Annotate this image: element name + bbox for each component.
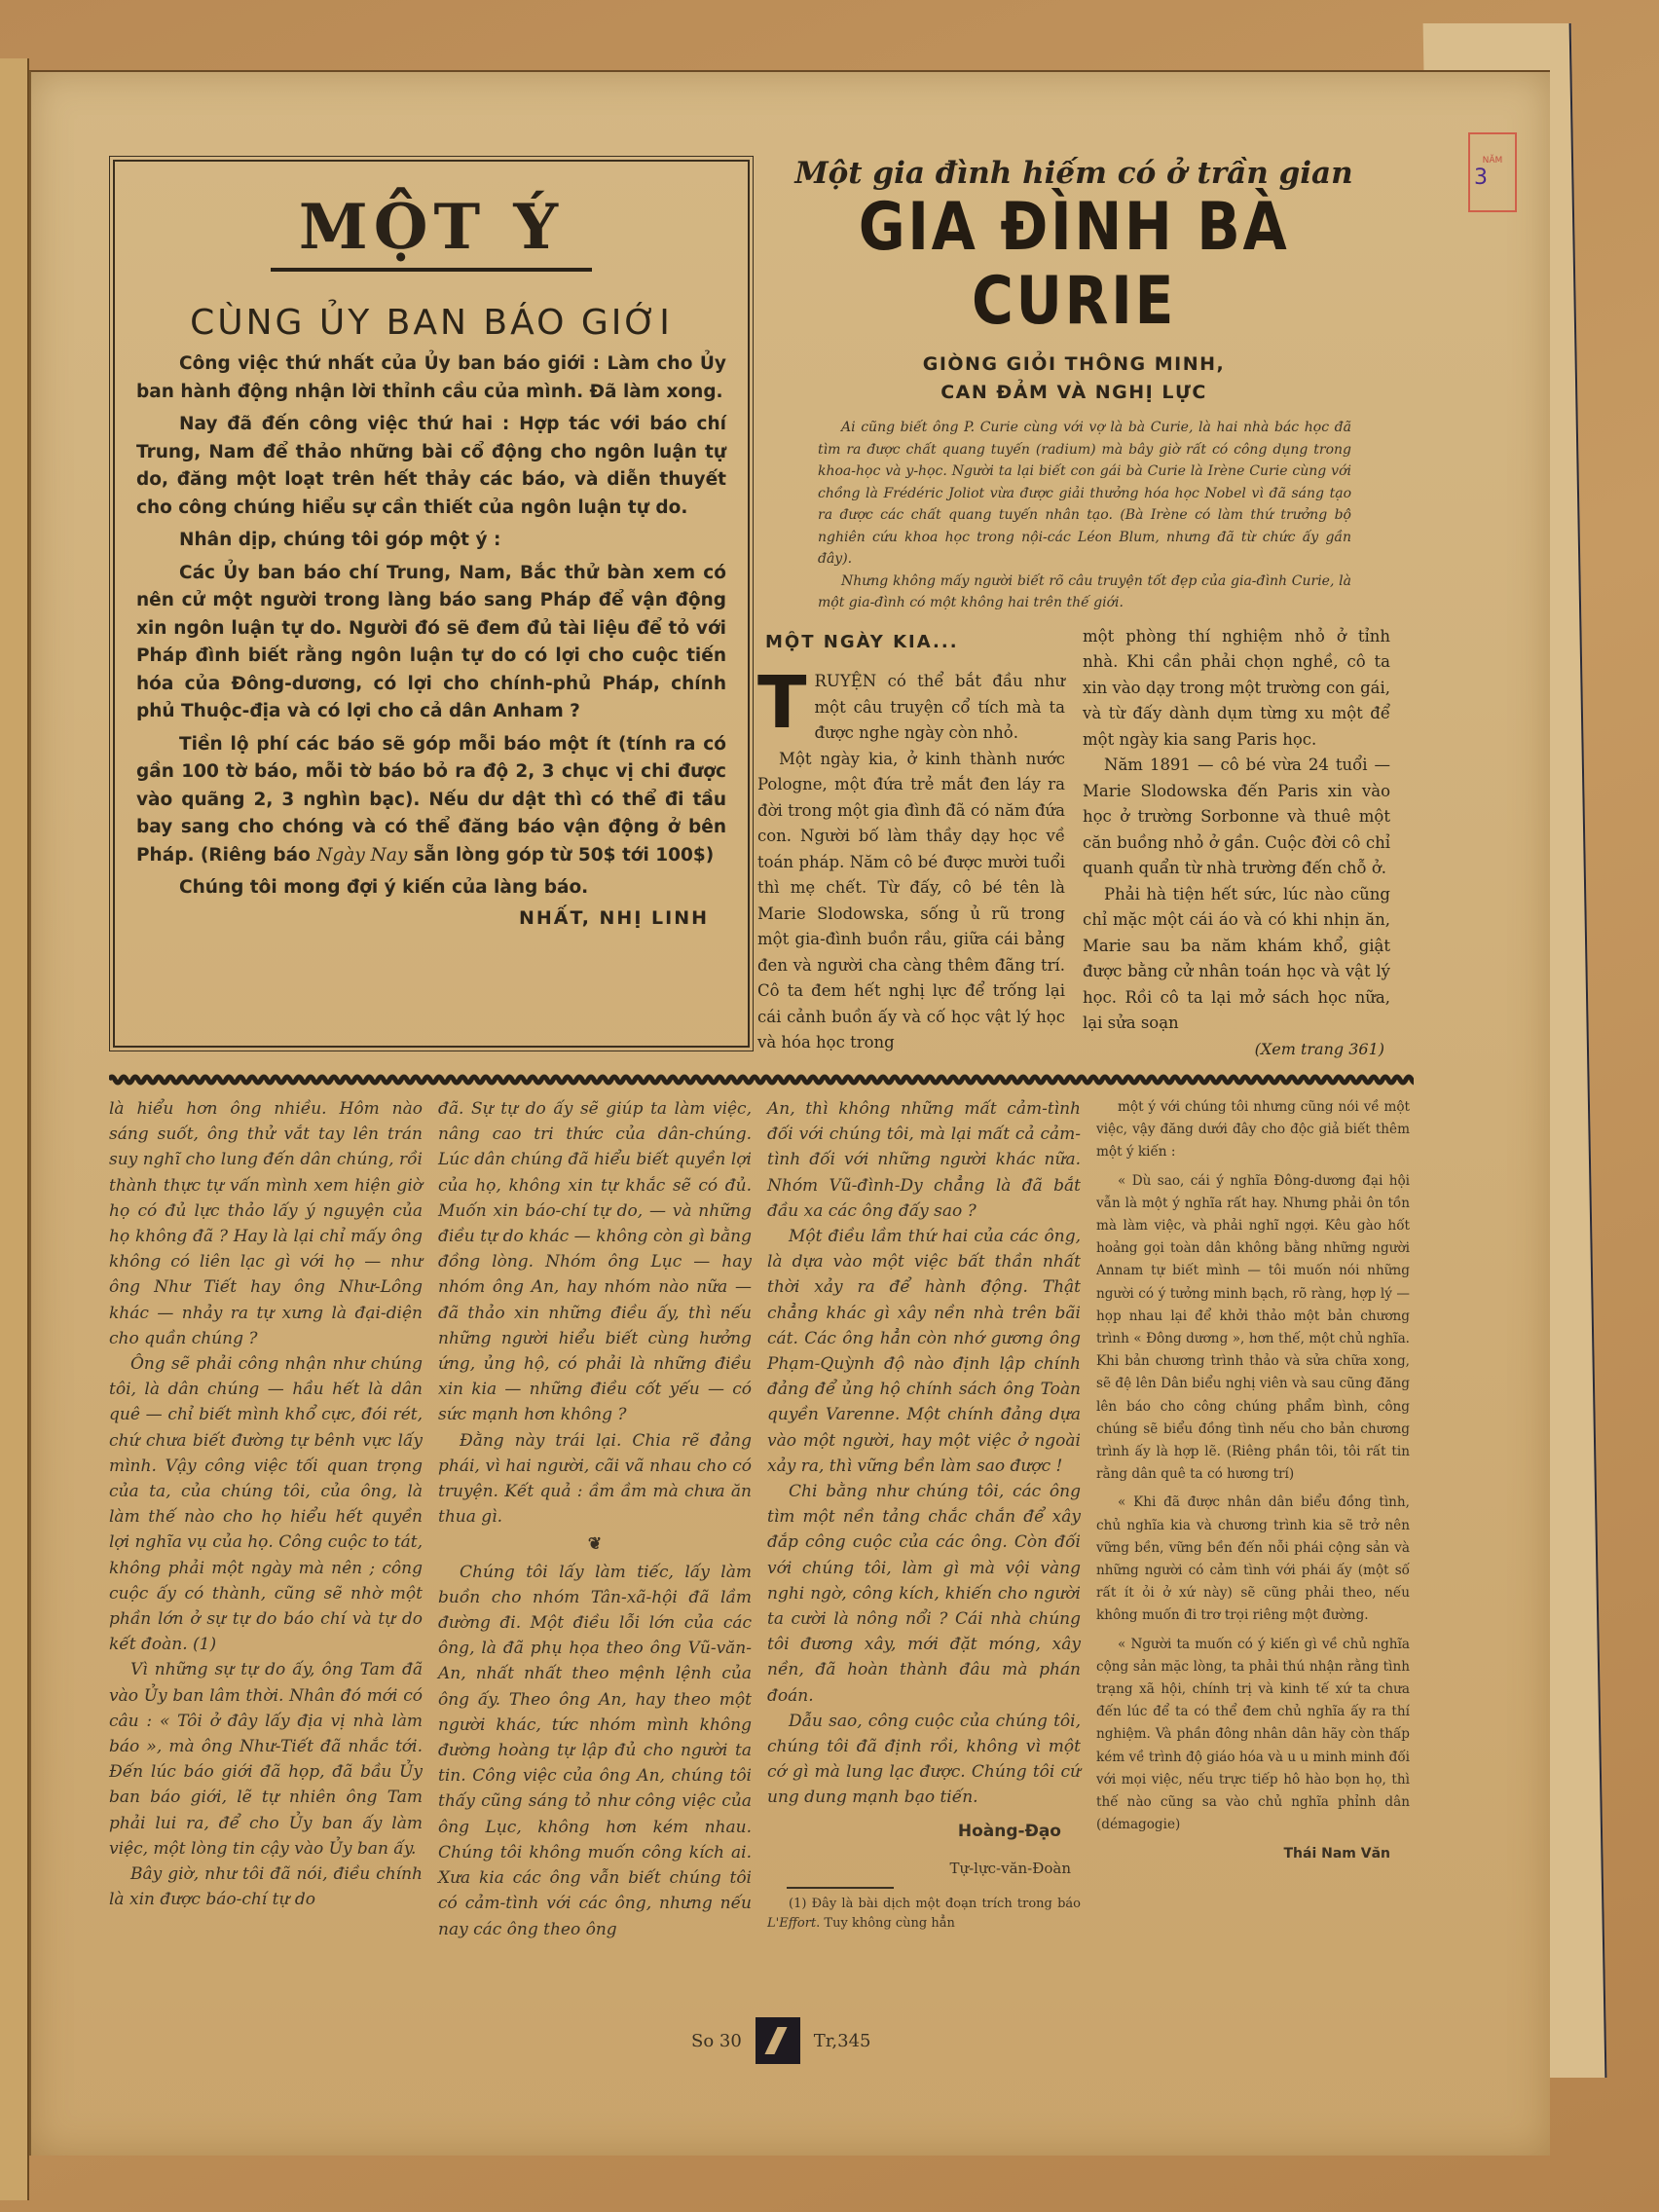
box-subtitle: CÙNG ỦY BAN BÁO GIỚI <box>115 303 748 343</box>
section-heading: MỘT NGÀY KIA... <box>765 630 1065 656</box>
drop-cap: T <box>757 671 806 735</box>
paragraph: Nay đã đến công việc thứ hai : Hợp tác v… <box>136 411 726 522</box>
newspaper-name: Ngày Nay <box>316 845 407 866</box>
issue-number: So 30 <box>691 2031 742 2051</box>
bottom-column-1: là hiểu hơn ông nhiều. Hôm nào sáng suốt… <box>109 1096 423 1942</box>
curie-article: Một gia đình hiếm có ở trần gian GIA ĐÌN… <box>757 156 1390 1062</box>
footnote-rule <box>787 1887 894 1889</box>
box-body: Công việc thứ nhất của Ủy ban báo giới :… <box>115 343 748 903</box>
bottom-column-2: đã. Sự tự do ấy sẽ giúp ta làm việc, nân… <box>438 1096 752 1942</box>
box-title: MỘT Ý <box>115 191 748 264</box>
paragraph: Công việc thứ nhất của Ủy ban báo giới :… <box>136 350 726 406</box>
article-deck: GIÒNG GIỎI THÔNG MINH, CAN ĐẢM VÀ NGHỊ L… <box>757 350 1390 407</box>
article-kicker: Một gia đình hiếm có ở trần gian <box>757 156 1390 191</box>
quote-author: Thái Nam Văn <box>1096 1843 1390 1865</box>
paragraph: Chúng tôi mong đợi ý kiến của làng báo. <box>136 874 726 903</box>
article-intro: Ai cũng biết ông P. Curie cùng với vợ là… <box>757 407 1390 614</box>
bottom-column-3: An, thì không những mất cảm-tình đối với… <box>767 1096 1081 1942</box>
author-organization: Tự-lực-văn-Đoàn <box>767 1856 1071 1881</box>
paragraph: Nhân dịp, chúng tôi góp một ý : <box>136 527 726 555</box>
book-spine-edge <box>0 58 29 2200</box>
stamp-label: NĂM <box>1470 156 1515 166</box>
ngay-nay-logo-icon <box>756 2017 800 2064</box>
footnote: (1) Đây là bài dịch một đoạn trích trong… <box>767 1895 1081 1934</box>
column-2: một phòng thí nghiệm nhỏ ở tỉnh nhà. Khi… <box>1083 624 1390 1063</box>
wavy-divider <box>109 1071 1414 1088</box>
paragraph-fees: Tiền lộ phí các báo sẽ góp mỗi báo một í… <box>136 731 726 870</box>
ornament-icon: ❦ <box>438 1531 752 1557</box>
boxed-article: MỘT Ý CÙNG ỦY BAN BÁO GIỚI Công việc thứ… <box>113 160 750 1048</box>
library-stamp: NĂM 3 <box>1468 132 1517 212</box>
continued-on-link: (Xem trang 361) <box>1083 1037 1384 1063</box>
article-columns: MỘT NGÀY KIA... TRUYỆN có thể bắt đầu nh… <box>757 624 1390 1063</box>
paragraph: Các Ủy ban báo chí Trung, Nam, Bắc thử b… <box>136 560 726 726</box>
column-1: MỘT NGÀY KIA... TRUYỆN có thể bắt đầu nh… <box>757 624 1065 1063</box>
bottom-article: là hiểu hơn ông nhiều. Hôm nào sáng suốt… <box>109 1096 1423 1942</box>
stamp-number: 3 <box>1470 166 1515 190</box>
author-signature: Hoàng-Đạo <box>767 1819 1061 1844</box>
bottom-column-4: một ý với chúng tôi nhưng cũng nói về mộ… <box>1096 1096 1410 1942</box>
title-underline <box>271 268 592 272</box>
page-footer: So 30 Tr,345 <box>691 2017 871 2064</box>
article-headline: GIA ĐÌNH BÀ CURIE <box>802 191 1346 339</box>
box-signature: NHẤT, NHỊ LINH <box>115 907 709 929</box>
page-number: Tr,345 <box>814 2031 871 2051</box>
